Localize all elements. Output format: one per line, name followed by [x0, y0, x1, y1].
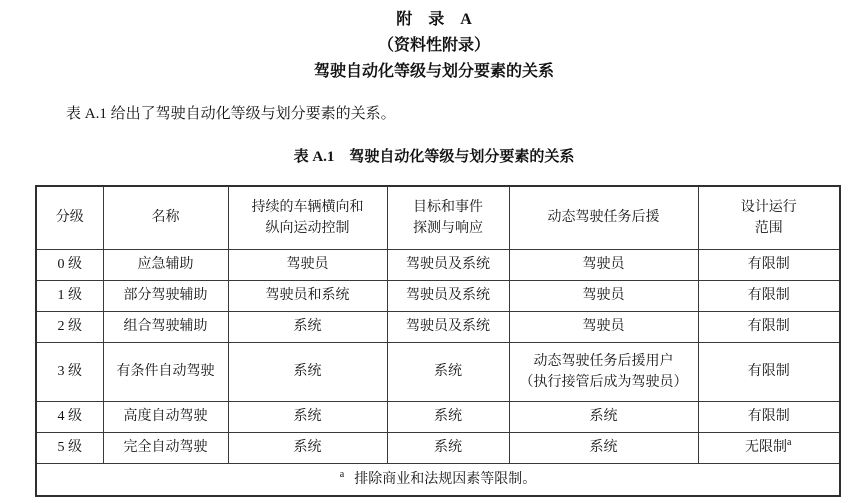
- cell-design-domain: 有限制: [698, 401, 840, 432]
- cell-motion-control: 驾驶员和系统: [228, 280, 387, 311]
- cell-level: 4 级: [36, 401, 103, 432]
- cell-detection-response: 系统: [387, 342, 509, 401]
- cell-design-domain: 有限制: [698, 311, 840, 342]
- cell-name: 有条件自动驾驶: [103, 342, 228, 401]
- table-row-level-1: 1 级 部分驾驶辅助 驾驶员和系统 驾驶员及系统 驾驶员 有限制: [36, 280, 840, 311]
- table-row-level-0: 0 级 应急辅助 驾驶员 驾驶员及系统 驾驶员 有限制: [36, 249, 840, 280]
- cell-motion-control: 系统: [228, 432, 387, 463]
- column-header-motion-control: 持续的车辆横向和 纵向运动控制: [228, 186, 387, 249]
- cell-detection-response: 系统: [387, 432, 509, 463]
- table-row-level-5: 5 级 完全自动驾驶 系统 系统 系统 无限制a: [36, 432, 840, 463]
- cell-detection-response: 驾驶员及系统: [387, 280, 509, 311]
- footnote-marker: a: [340, 469, 344, 480]
- automation-levels-table: 分级 名称 持续的车辆横向和 纵向运动控制 目标和事件 探测与响应 动态驾驶任务…: [35, 185, 841, 497]
- table-row-level-3: 3 级 有条件自动驾驶 系统 系统 动态驾驶任务后援用户 （执行接管后成为驾驶员…: [36, 342, 840, 401]
- column-header-design-domain: 设计运行 范围: [698, 186, 840, 249]
- cell-name: 完全自动驾驶: [103, 432, 228, 463]
- cell-name: 应急辅助: [103, 249, 228, 280]
- cell-motion-control: 系统: [228, 401, 387, 432]
- cell-design-domain: 无限制a: [698, 432, 840, 463]
- cell-level: 5 级: [36, 432, 103, 463]
- cell-fallback: 驾驶员: [509, 311, 698, 342]
- cell-design-domain-text: 无限制: [745, 440, 787, 455]
- table-row-level-2: 2 级 组合驾驶辅助 系统 驾驶员及系统 驾驶员 有限制: [36, 311, 840, 342]
- document-page: 附 录 A （资料性附录） 驾驶自动化等级与划分要素的关系 表 A.1 给出了驾…: [0, 0, 868, 503]
- appendix-subtitle: （资料性附录）: [0, 33, 868, 59]
- table-header-row: 分级 名称 持续的车辆横向和 纵向运动控制 目标和事件 探测与响应 动态驾驶任务…: [36, 186, 840, 249]
- appendix-title-block: 附 录 A （资料性附录） 驾驶自动化等级与划分要素的关系: [0, 0, 868, 85]
- appendix-heading: 驾驶自动化等级与划分要素的关系: [0, 59, 868, 85]
- cell-detection-response: 驾驶员及系统: [387, 311, 509, 342]
- cell-fallback: 系统: [509, 401, 698, 432]
- table-footnote-row: a排除商业和法规因素等限制。: [36, 463, 840, 496]
- cell-design-domain: 有限制: [698, 280, 840, 311]
- cell-design-domain: 有限制: [698, 342, 840, 401]
- cell-fallback: 系统: [509, 432, 698, 463]
- appendix-title: 附 录 A: [0, 7, 868, 33]
- cell-motion-control: 系统: [228, 342, 387, 401]
- cell-level: 1 级: [36, 280, 103, 311]
- cell-name: 高度自动驾驶: [103, 401, 228, 432]
- cell-detection-response: 驾驶员及系统: [387, 249, 509, 280]
- table-caption: 表 A.1 驾驶自动化等级与划分要素的关系: [0, 145, 868, 166]
- cell-level: 3 级: [36, 342, 103, 401]
- cell-fallback: 动态驾驶任务后援用户 （执行接管后成为驾驶员）: [509, 342, 698, 401]
- footnote-text: 排除商业和法规因素等限制。: [354, 472, 536, 487]
- intro-paragraph: 表 A.1 给出了驾驶自动化等级与划分要素的关系。: [36, 104, 868, 124]
- cell-detection-response: 系统: [387, 401, 509, 432]
- column-header-fallback: 动态驾驶任务后援: [509, 186, 698, 249]
- column-header-detection-response: 目标和事件 探测与响应: [387, 186, 509, 249]
- cell-fallback: 驾驶员: [509, 249, 698, 280]
- footnote-reference-mark: a: [787, 437, 791, 448]
- table-row-level-4: 4 级 高度自动驾驶 系统 系统 系统 有限制: [36, 401, 840, 432]
- table-footnote: a排除商业和法规因素等限制。: [36, 463, 840, 496]
- cell-name: 组合驾驶辅助: [103, 311, 228, 342]
- column-header-level: 分级: [36, 186, 103, 249]
- cell-name: 部分驾驶辅助: [103, 280, 228, 311]
- column-header-name: 名称: [103, 186, 228, 249]
- cell-design-domain: 有限制: [698, 249, 840, 280]
- cell-motion-control: 驾驶员: [228, 249, 387, 280]
- cell-fallback: 驾驶员: [509, 280, 698, 311]
- cell-level: 2 级: [36, 311, 103, 342]
- cell-motion-control: 系统: [228, 311, 387, 342]
- cell-level: 0 级: [36, 249, 103, 280]
